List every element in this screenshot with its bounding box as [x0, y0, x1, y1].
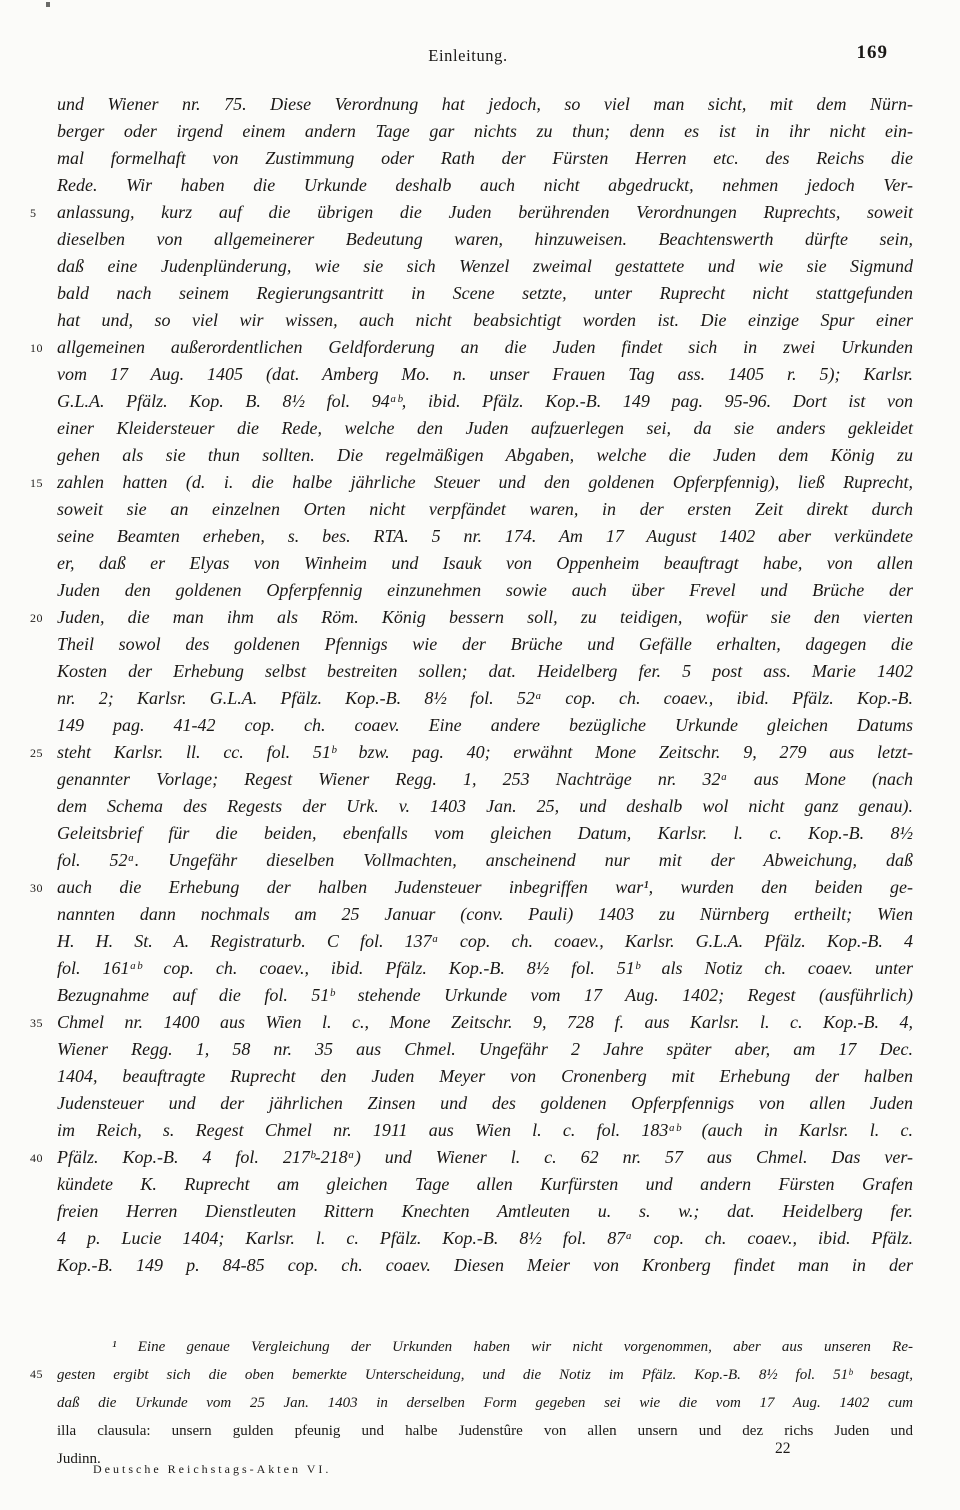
line-number: 35 — [30, 1016, 43, 1031]
text-line: anlassung, kurz auf die übrigen die Jude… — [57, 199, 913, 226]
text-line: Kosten der Erhebung selbst bestreiten so… — [57, 658, 913, 685]
page-number: 169 — [857, 42, 889, 64]
text-line: H. H. St. A. Registraturb. C fol. 137ᵃ c… — [57, 928, 913, 955]
running-title: Einleitung. — [0, 46, 948, 66]
text-line: nannten dann nochmals am 25 Januar (conv… — [57, 901, 913, 928]
text-line: 4 p. Lucie 1404; Karlsr. l. c. Pfälz. Ko… — [57, 1225, 913, 1252]
footnote-line: ¹ Eine genaue Vergleichung der Urkunden … — [57, 1333, 913, 1361]
text-line: seine Beamten erheben, s. bes. RTA. 5 nr… — [57, 523, 913, 550]
sheet-signature: 22 — [775, 1440, 791, 1458]
main-text-block: und Wiener nr. 75. Diese Verordnung hat … — [57, 91, 913, 1279]
text-line: zahlen hatten (d. i. die halbe jährliche… — [57, 469, 913, 496]
text-line: dieselben von allgemeinerer Bedeutung wa… — [57, 226, 913, 253]
text-line: Juden, die man ihm als Röm. König besser… — [57, 604, 913, 631]
footnote-line: gesten ergibt sich die oben bemerkte Unt… — [57, 1361, 913, 1389]
text-line: 1404, beauftragte Ruprecht den Juden Mey… — [57, 1063, 913, 1090]
text-line: Kop.-B. 149 p. 84-85 cop. ch. coaev. Die… — [57, 1252, 913, 1279]
book-page: Einleitung. 169 51015202530354045 und Wi… — [0, 0, 960, 1510]
text-line: bald nach seinem Regierungsantritt in Sc… — [57, 280, 913, 307]
text-line: Juden den goldenen Opferpfennig einzuneh… — [57, 577, 913, 604]
text-line: G.L.A. Pfälz. Kop. B. 8½ fol. 94ᵃᵇ, ibid… — [57, 388, 913, 415]
text-line: auch die Erhebung der halben Judensteuer… — [57, 874, 913, 901]
text-line: daß eine Judenplünderung, wie sie sich W… — [57, 253, 913, 280]
text-line: Pfälz. Kop.-B. 4 fol. 217ᵇ-218ᵃ) und Wie… — [57, 1144, 913, 1171]
text-line: einer Kleidersteuer die Rede, welche den… — [57, 415, 913, 442]
line-number: 5 — [30, 206, 37, 221]
line-number: 10 — [30, 341, 43, 356]
line-number: 40 — [30, 1151, 43, 1166]
text-line: und Wiener nr. 75. Diese Verordnung hat … — [57, 91, 913, 118]
text-line: er, daß er Elyas von Winheim und Isauk v… — [57, 550, 913, 577]
text-line: Rede. Wir haben die Urkunde deshalb auch… — [57, 172, 913, 199]
footnote-line: daß die Urkunde vom 25 Jan. 1403 in ders… — [57, 1389, 913, 1417]
text-line: fol. 161ᵃᵇ cop. ch. coaev., ibid. Pfälz.… — [57, 955, 913, 982]
text-line: nr. 2; Karlsr. G.L.A. Pfälz. Kop.-B. 8½ … — [57, 685, 913, 712]
text-line: Judensteuer und der jährlichen Zinsen un… — [57, 1090, 913, 1117]
text-line: hat und, so viel wir wissen, auch nicht … — [57, 307, 913, 334]
text-line: Wiener Regg. 1, 58 nr. 35 aus Chmel. Ung… — [57, 1036, 913, 1063]
text-line: freien Herren Dienstleuten Rittern Knech… — [57, 1198, 913, 1225]
text-line: Geleitsbrief für die beiden, ebenfalls v… — [57, 820, 913, 847]
text-line: kündete K. Ruprecht am gleichen Tage all… — [57, 1171, 913, 1198]
text-line: soweit sie an einzelnen Orten nicht verp… — [57, 496, 913, 523]
line-number: 20 — [30, 611, 43, 626]
text-line: berger oder irgend einem andern Tage gar… — [57, 118, 913, 145]
line-number: 45 — [30, 1367, 43, 1382]
text-line: mal formelhaft von Zustimmung oder Rath … — [57, 145, 913, 172]
text-line: genannter Vorlage; Regest Wiener Regg. 1… — [57, 766, 913, 793]
text-line: fol. 52ᵃ. Ungefähr dieselben Vollmachten… — [57, 847, 913, 874]
text-line: vom 17 Aug. 1405 (dat. Amberg Mo. n. uns… — [57, 361, 913, 388]
text-line: 149 pag. 41-42 cop. ch. coaev. Eine ande… — [57, 712, 913, 739]
line-number: 15 — [30, 476, 43, 491]
text-line: gehen als sie thun sollten. Die regelmäß… — [57, 442, 913, 469]
line-number: 25 — [30, 746, 43, 761]
text-line: Chmel nr. 1400 aus Wien l. c., Mone Zeit… — [57, 1009, 913, 1036]
text-line: Theil sowol des goldenen Pfennigs wie de… — [57, 631, 913, 658]
scan-speck — [46, 2, 50, 7]
text-line: im Reich, s. Regest Chmel nr. 1911 aus W… — [57, 1117, 913, 1144]
text-line: Bezugnahme auf die fol. 51ᵇ stehende Urk… — [57, 982, 913, 1009]
text-line: allgemeinen außerordentlichen Geldforder… — [57, 334, 913, 361]
text-line: dem Schema des Regests der Urk. v. 1403 … — [57, 793, 913, 820]
series-footer: Deutsche Reichstags-Akten VI. — [93, 1462, 331, 1477]
line-number: 30 — [30, 881, 43, 896]
text-line: steht Karlsr. ll. cc. fol. 51ᵇ bzw. pag.… — [57, 739, 913, 766]
